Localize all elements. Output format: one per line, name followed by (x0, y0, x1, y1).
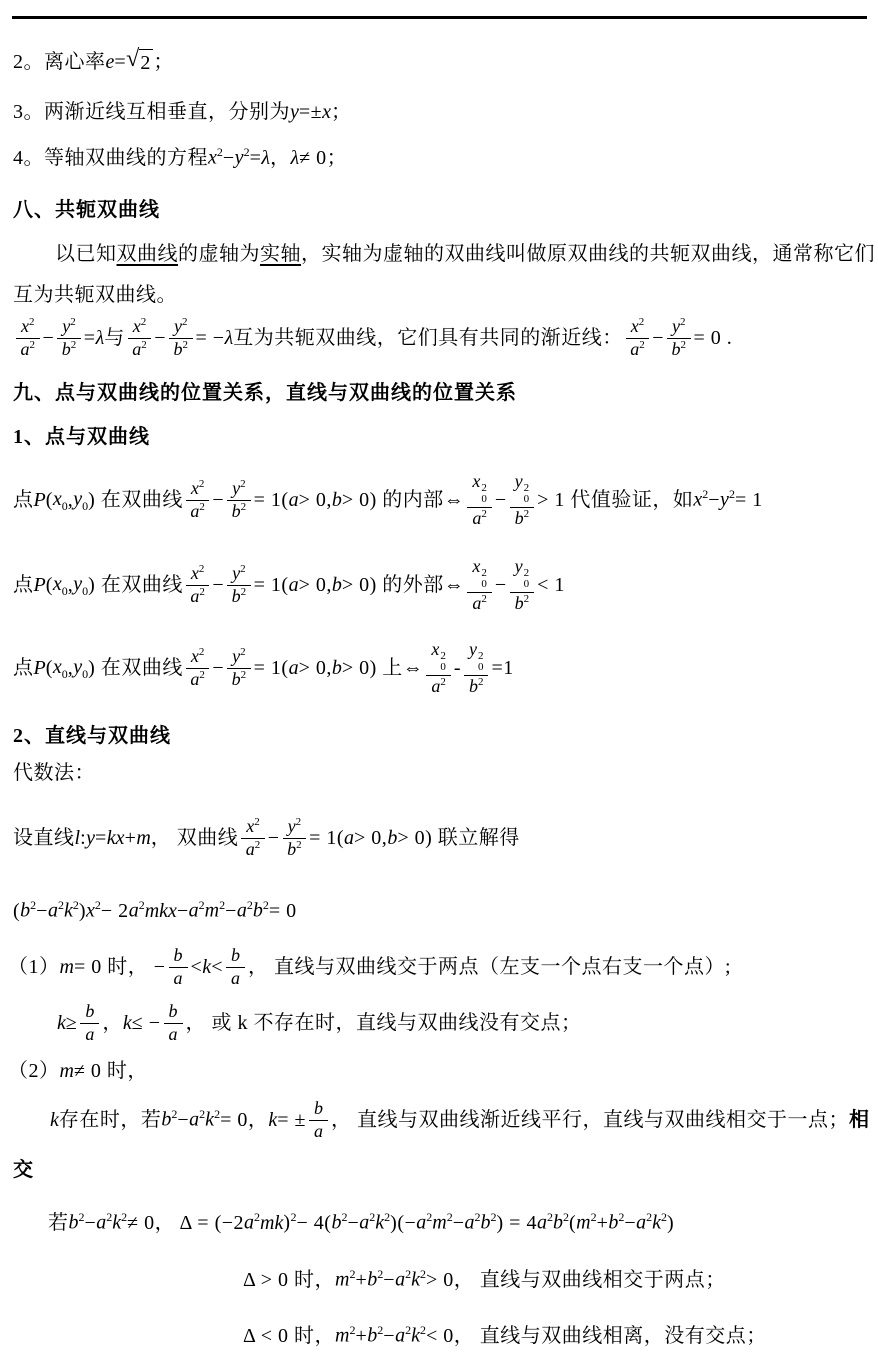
fraction: y2b2 (667, 317, 691, 360)
fraction: y2b2 (227, 647, 251, 690)
fraction: ba (226, 946, 245, 989)
fraction: x2a2 (186, 564, 210, 607)
fraction: ba (164, 1002, 183, 1045)
case-1-m-equals-0: （1）m = 0 时， −ba < k < ba， 直线与双曲线交于两点（左支一… (8, 936, 731, 998)
fraction: x20a2 (467, 557, 492, 614)
item-4-equilateral-hyperbola: 4。等轴双曲线的方程 x2 − y2 = λ， λ ≠ 0； (13, 144, 347, 172)
formula-point-inside: 点 P(x0, y0) 在双曲线x2a2 − y2b2 = 1(a > 0, b… (13, 469, 763, 531)
fraction: x20a2 (426, 640, 451, 697)
wrapped-word-jiao: 交 (13, 1158, 34, 1182)
case-delta-positive: Δ > 0 时， m2 + b2 − a2k2 > 0， 直线与双曲线相交于两点… (243, 1264, 726, 1296)
fraction: x2a2 (128, 317, 152, 360)
heading-2-line-and-hyperbola: 2、直线与双曲线 (13, 724, 171, 748)
document-page: 2。离心率 e = √2；3。两渐近线互相垂直，分别为 y=±x；4。等轴双曲线… (0, 0, 878, 1357)
formula-discriminant: 若 b2 − a2k2 ≠ 0， Δ = (−2a2mk)2 − 4(b2 − … (48, 1207, 674, 1239)
item-2-eccentricity: 2。离心率 e = √2； (13, 44, 174, 80)
fraction: x2a2 (186, 647, 210, 690)
fraction: y20b2 (510, 472, 535, 529)
heading-9-position-relations: 九、点与双曲线的位置关系，直线与双曲线的位置关系 (13, 381, 517, 405)
para-conjugate-def-line2: 互为共轭双曲线。 (13, 283, 177, 307)
case-2-k-exists: k 存在时，若 b2 − a2k2 = 0， k = ±ba， 直线与双曲线渐近… (50, 1089, 870, 1151)
fraction: y2b2 (227, 564, 251, 607)
formula-conjugate-pair: x2a2 − y2b2 = λ 与 x2a2 − y2b2 = −λ 互为共轭双… (13, 307, 732, 369)
underlined-term: 实轴 (260, 243, 301, 266)
fraction: x2a2 (241, 817, 265, 860)
fraction: y2b2 (57, 317, 81, 360)
item-3-asymptotes: 3。两渐近线互相垂直，分别为 y=±x； (13, 100, 352, 124)
heading-8-conjugate-hyperbola: 八、共轭双曲线 (13, 198, 160, 222)
heading-1-point-and-hyperbola: 1、点与双曲线 (13, 425, 150, 449)
underlined-term: 双曲线 (117, 243, 179, 266)
formula-point-outside: 点 P(x0, y0) 在双曲线x2a2 − y2b2 = 1(a > 0, b… (13, 554, 565, 616)
fraction: ba (309, 1099, 328, 1142)
fraction: x2a2 (186, 479, 210, 522)
case-2-m-not-0: （2）m ≠ 0 时， (8, 1059, 148, 1083)
fraction: ba (80, 1002, 99, 1045)
fraction: y2b2 (169, 317, 193, 360)
label-algebraic-method: 代数法： (13, 761, 95, 785)
fraction: ba (169, 946, 188, 989)
fraction: y20b2 (464, 640, 489, 697)
para-conjugate-def-line1: 以已知双曲线的虚轴为实轴，实轴为虚轴的双曲线叫做原双曲线的共轭双曲线，通常称它们 (55, 242, 875, 266)
formula-point-on: 点 P(x0, y0) 在双曲线x2a2 − y2b2 = 1(a > 0, b… (13, 637, 514, 699)
top-rule (12, 16, 867, 19)
formula-quadratic: (b2 − a2k2)x2 − 2a2mkx − a2m2 − a2b2 = 0 (13, 896, 297, 926)
fraction: y2b2 (227, 479, 251, 522)
fraction: y20b2 (510, 557, 535, 614)
formula-line-system: 设直线 l : y = kx + m， 双曲线 x2a2 − y2b2 = 1(… (13, 807, 520, 869)
case-1-no-intersection: k ≥ ba， k ≤ −ba， 或 k 不存在时，直线与双曲线没有交点； (57, 992, 582, 1054)
fraction: x2a2 (626, 317, 650, 360)
sqrt-radical: √2 (126, 49, 153, 75)
fraction: x2a2 (16, 317, 40, 360)
fraction: y2b2 (283, 817, 307, 860)
fraction: x20a2 (467, 472, 492, 529)
case-delta-negative: Δ < 0 时， m2 + b2 − a2k2 < 0， 直线与双曲线相离，没有… (243, 1320, 767, 1352)
